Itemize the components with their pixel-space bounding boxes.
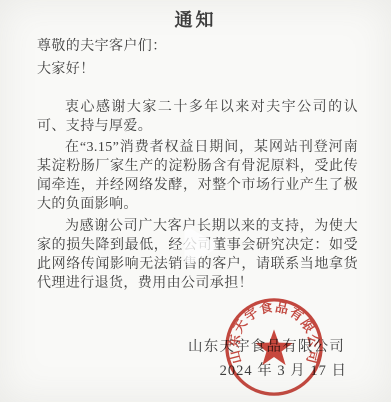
paragraph-incident: 在“3.15”消费者权益日期间，某网站刊登河南某淀粉肠厂家生产的淀粉肠含有骨泥原…: [37, 138, 358, 214]
seal-star-icon: [255, 329, 293, 365]
company-seal-stamp: 山东天宇食品有限公司: [222, 295, 326, 399]
greeting-line: 尊敬的夫宇客户们：: [37, 37, 358, 56]
salutation-line: 大家好！: [37, 60, 358, 79]
play-icon[interactable]: [178, 223, 222, 269]
notice-document: 通知 尊敬的夫宇客户们： 大家好！ 衷心感谢大家二十多年以来对夫宇公司的认可、支…: [0, 0, 391, 402]
document-title: 通知: [0, 6, 391, 32]
paragraph-thanks: 衷心感谢大家二十多年以来对夫宇公司的认可、支持与厚爱。: [37, 98, 358, 136]
